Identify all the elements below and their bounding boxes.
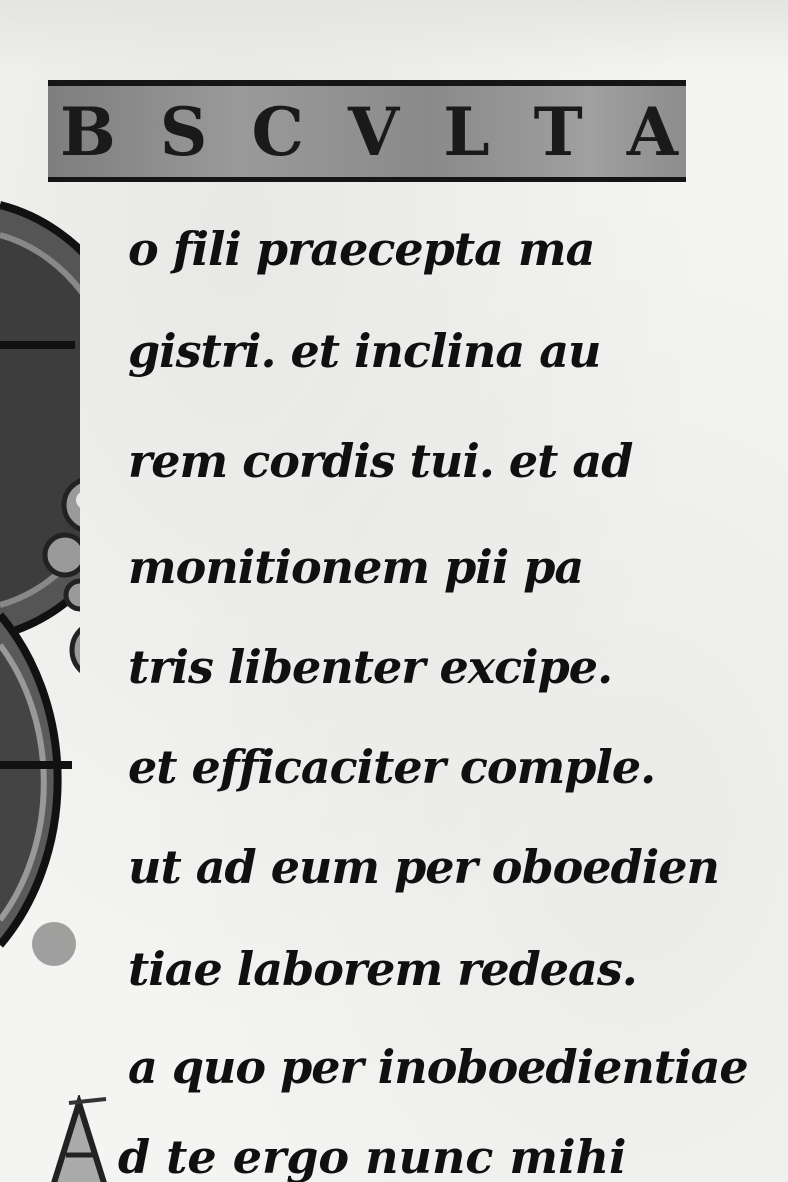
rubric-letter: A bbox=[627, 93, 680, 171]
text-line-4: monitionem pii pa bbox=[128, 540, 583, 594]
text-line-10: d te ergo nunc mihi bbox=[118, 1130, 627, 1182]
rubric-letter: B bbox=[60, 93, 118, 171]
ornament-dot bbox=[32, 922, 76, 966]
rubric-heading: B S C V L T A bbox=[60, 92, 680, 172]
rubric-letter: C bbox=[251, 93, 306, 171]
text-line-9: a quo per inoboedientiae bbox=[128, 1040, 748, 1094]
text-line-2: gistri. et inclina au bbox=[128, 324, 600, 378]
rubric-letter: L bbox=[443, 93, 491, 171]
rubric-letter: V bbox=[348, 93, 401, 171]
top-margin-stain bbox=[0, 0, 788, 70]
illuminated-initial-icon bbox=[0, 195, 80, 955]
decorated-initial-a-icon bbox=[44, 1095, 114, 1182]
text-line-5: tris libenter excipe. bbox=[128, 640, 612, 694]
rubric-letter: S bbox=[160, 93, 210, 171]
rubric-letter: T bbox=[534, 93, 585, 171]
text-line-6: et efficaciter comple. bbox=[128, 740, 655, 794]
text-line-7: ut ad eum per oboedien bbox=[128, 840, 719, 894]
text-line-8: tiae laborem redeas. bbox=[128, 942, 637, 996]
text-line-3: rem cordis tui. et ad bbox=[128, 434, 632, 488]
text-line-1: o fili praecepta ma bbox=[128, 222, 594, 276]
